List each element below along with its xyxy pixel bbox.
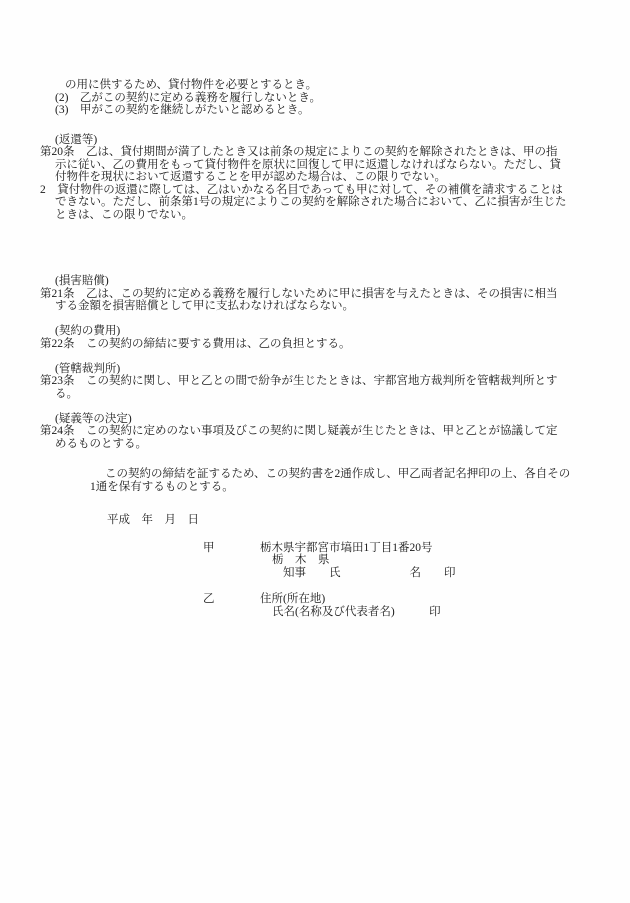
article-24-line: 第24条 この契約に定めのない事項及びこの契約に関し疑義が生じたときは、甲と乙と… — [40, 425, 630, 438]
article-20-para1-line: 付物件を現状において返還することを甲が認めた場合は、この限りでない。 — [55, 171, 630, 184]
article-23-line: る。 — [55, 388, 630, 401]
party-a-name: 栃 木 県 — [272, 554, 630, 567]
date-line: 平成 年 月 日 — [107, 514, 630, 527]
article-20-heading: (返還等) — [55, 134, 630, 147]
article-20-para2-line: 2 貸付物件の返還に際しては、乙はいかなる名目であっても甲に対して、その補償を請… — [40, 184, 630, 197]
article-20-para1-line: 第20条 乙は、貸付期間が満了したとき又は前条の規定によりこの契約を解除されたと… — [40, 146, 630, 159]
clause-item-3: (3) 甲がこの契約を継続しがたいと認めるとき。 — [55, 104, 630, 117]
party-b-row: 乙 住所(所在地) — [203, 593, 630, 606]
article-21-line: 第21条 乙は、この契約に定める義務を履行しないために甲に損害を与えたときは、そ… — [40, 288, 630, 301]
closing-statement-line: この契約の締結を証するため、この契約書を2通作成し、甲乙両者記名押印の上、各自そ… — [105, 468, 630, 481]
clause-item-continuation-line: の用に供するため、貸付物件を必要とするとき。 — [65, 79, 630, 92]
article-20-para1-line: 示に従い、乙の費用をもって貸付物件を原状に回復して甲に返還しなければならない。た… — [55, 159, 630, 172]
article-22-heading: (契約の費用) — [55, 325, 630, 338]
clause-item-2: (2) 乙がこの契約に定める義務を履行しないとき。 — [55, 92, 630, 105]
article-24-heading: (疑義等の決定) — [55, 413, 630, 426]
article-20-para2-line: ときは、この限りでない。 — [55, 209, 630, 222]
article-20-para2-line: できない。ただし、前条第1号の規定によりこの契約を解除された場合において、乙に損… — [55, 196, 630, 209]
article-24-line: めるものとする。 — [55, 438, 630, 451]
party-b-label: 乙 — [203, 593, 260, 606]
article-21-line: する金額を損害賠償として甲に支払わなければならない。 — [55, 300, 630, 313]
contract-document-page: の用に供するため、貸付物件を必要とするとき。 (2) 乙がこの契約に定める義務を… — [0, 0, 630, 903]
party-a-officer-seal-line: 知事 氏 名 印 — [283, 567, 630, 580]
article-23-line: 第23条 この契約に関し、甲と乙との間で紛争が生じたときは、宇都宮地方裁判所を管… — [40, 375, 630, 388]
party-a-row: 甲 栃木県宇都宮市塙田1丁目1番20号 — [203, 542, 630, 555]
party-b-name-seal-line: 氏名(名称及び代表者名) 印 — [272, 606, 630, 619]
article-21-heading: (損害賠償) — [55, 275, 630, 288]
article-22-line: 第22条 この契約の締結に要する費用は、乙の負担とする。 — [40, 338, 630, 351]
closing-statement-line: 1通を保有するものとする。 — [90, 481, 630, 494]
party-a-label: 甲 — [203, 542, 260, 555]
article-23-heading: (管轄裁判所) — [55, 363, 630, 376]
party-a-address: 栃木県宇都宮市塙田1丁目1番20号 — [260, 542, 433, 555]
party-b-address-label: 住所(所在地) — [260, 593, 325, 606]
